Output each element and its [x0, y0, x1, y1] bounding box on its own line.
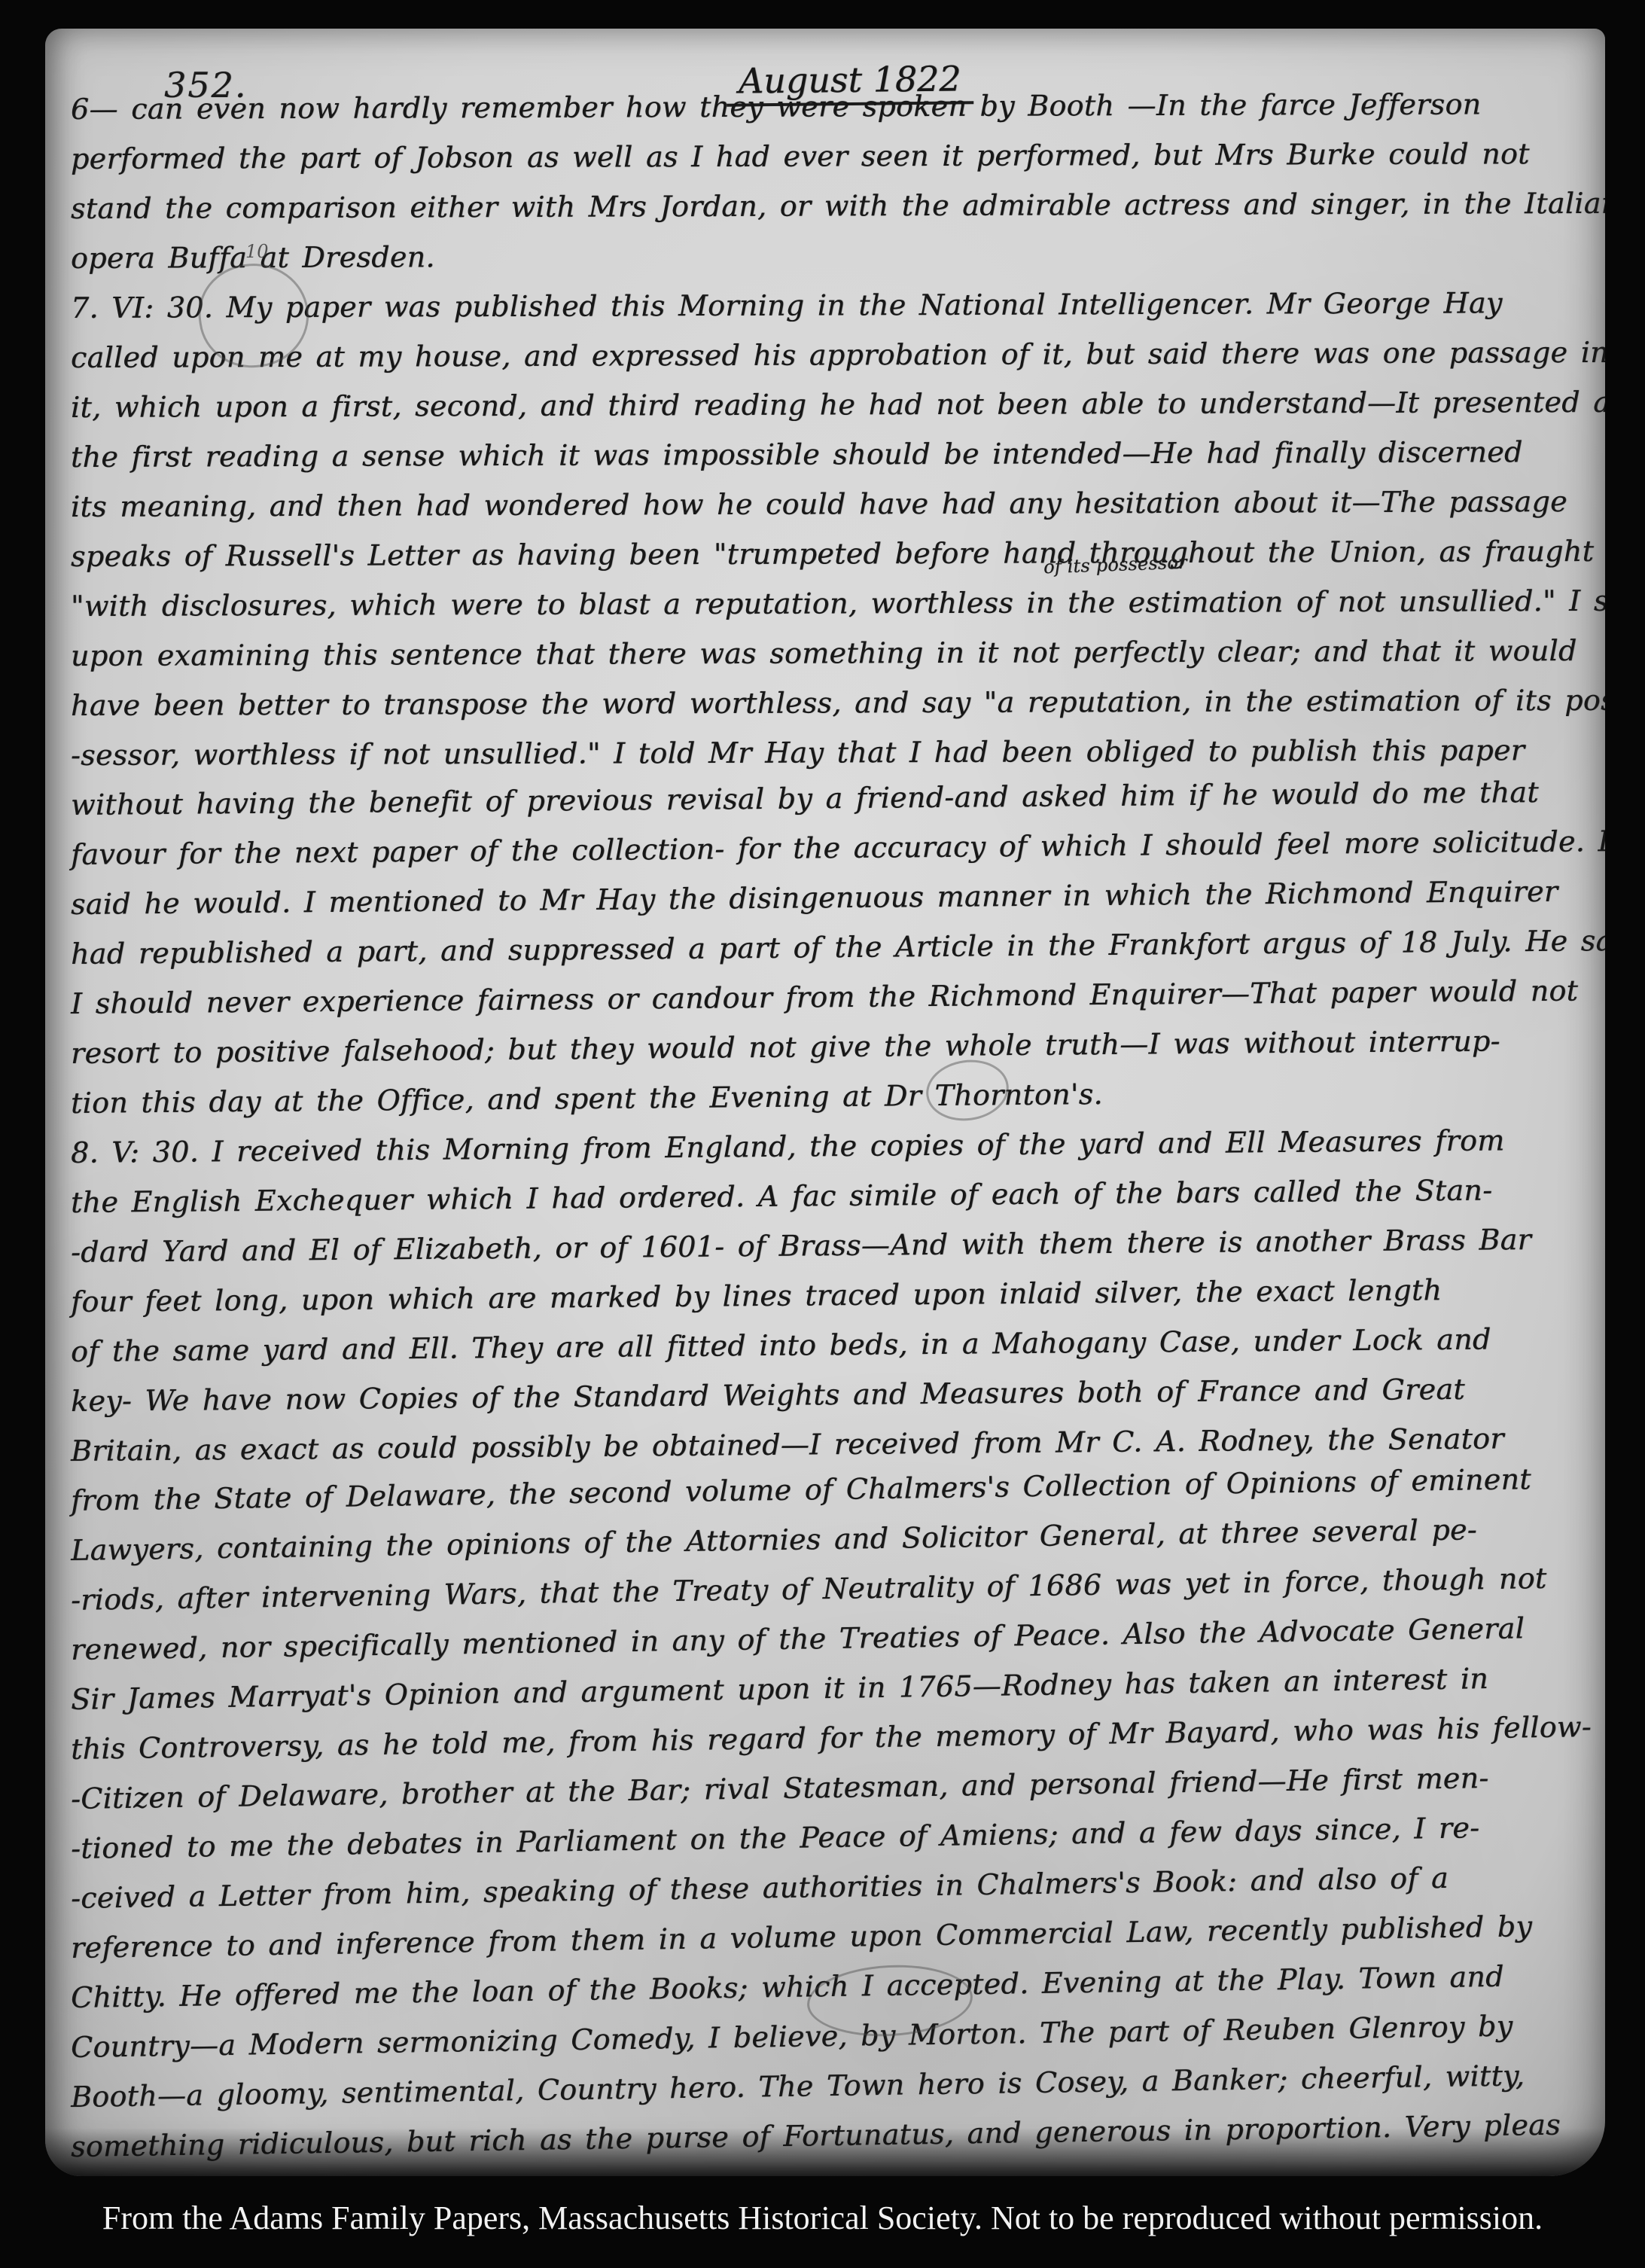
- manuscript-line: it, which upon a first, second, and thir…: [71, 377, 1586, 432]
- pencil-superscript-mark: 10: [245, 242, 269, 261]
- manuscript-line: have been better to transpose the word w…: [71, 675, 1586, 730]
- manuscript-line: performed the part of Jobson as well as …: [71, 129, 1586, 184]
- manuscript-line: the first reading a sense which it was i…: [71, 427, 1586, 482]
- manuscript-line: upon examining this sentence that there …: [71, 626, 1586, 681]
- manuscript-line: its meaning, and then had wondered how h…: [71, 477, 1586, 532]
- manuscript-line: 6— can even now hardly remember how they…: [71, 79, 1586, 134]
- manuscript-line: speaks of Russell's Letter as having bee…: [71, 526, 1586, 581]
- archive-caption: From the Adams Family Papers, Massachuse…: [0, 2196, 1645, 2241]
- manuscript-line: "with disclosures, which were to blast a…: [71, 576, 1586, 631]
- manuscript-text: 6— can even now hardly remember how they…: [71, 84, 1586, 2176]
- manuscript-line: opera Buffa at Dresden.: [71, 228, 1586, 283]
- scanned-diary-page: 352. August 1822 6— can even now hardly …: [0, 0, 1645, 2268]
- manuscript-line: stand the comparison either with Mrs Jor…: [71, 178, 1586, 233]
- manuscript-paper: 352. August 1822 6— can even now hardly …: [45, 29, 1605, 2176]
- interlined-insertion: of its possessor: [1043, 553, 1187, 577]
